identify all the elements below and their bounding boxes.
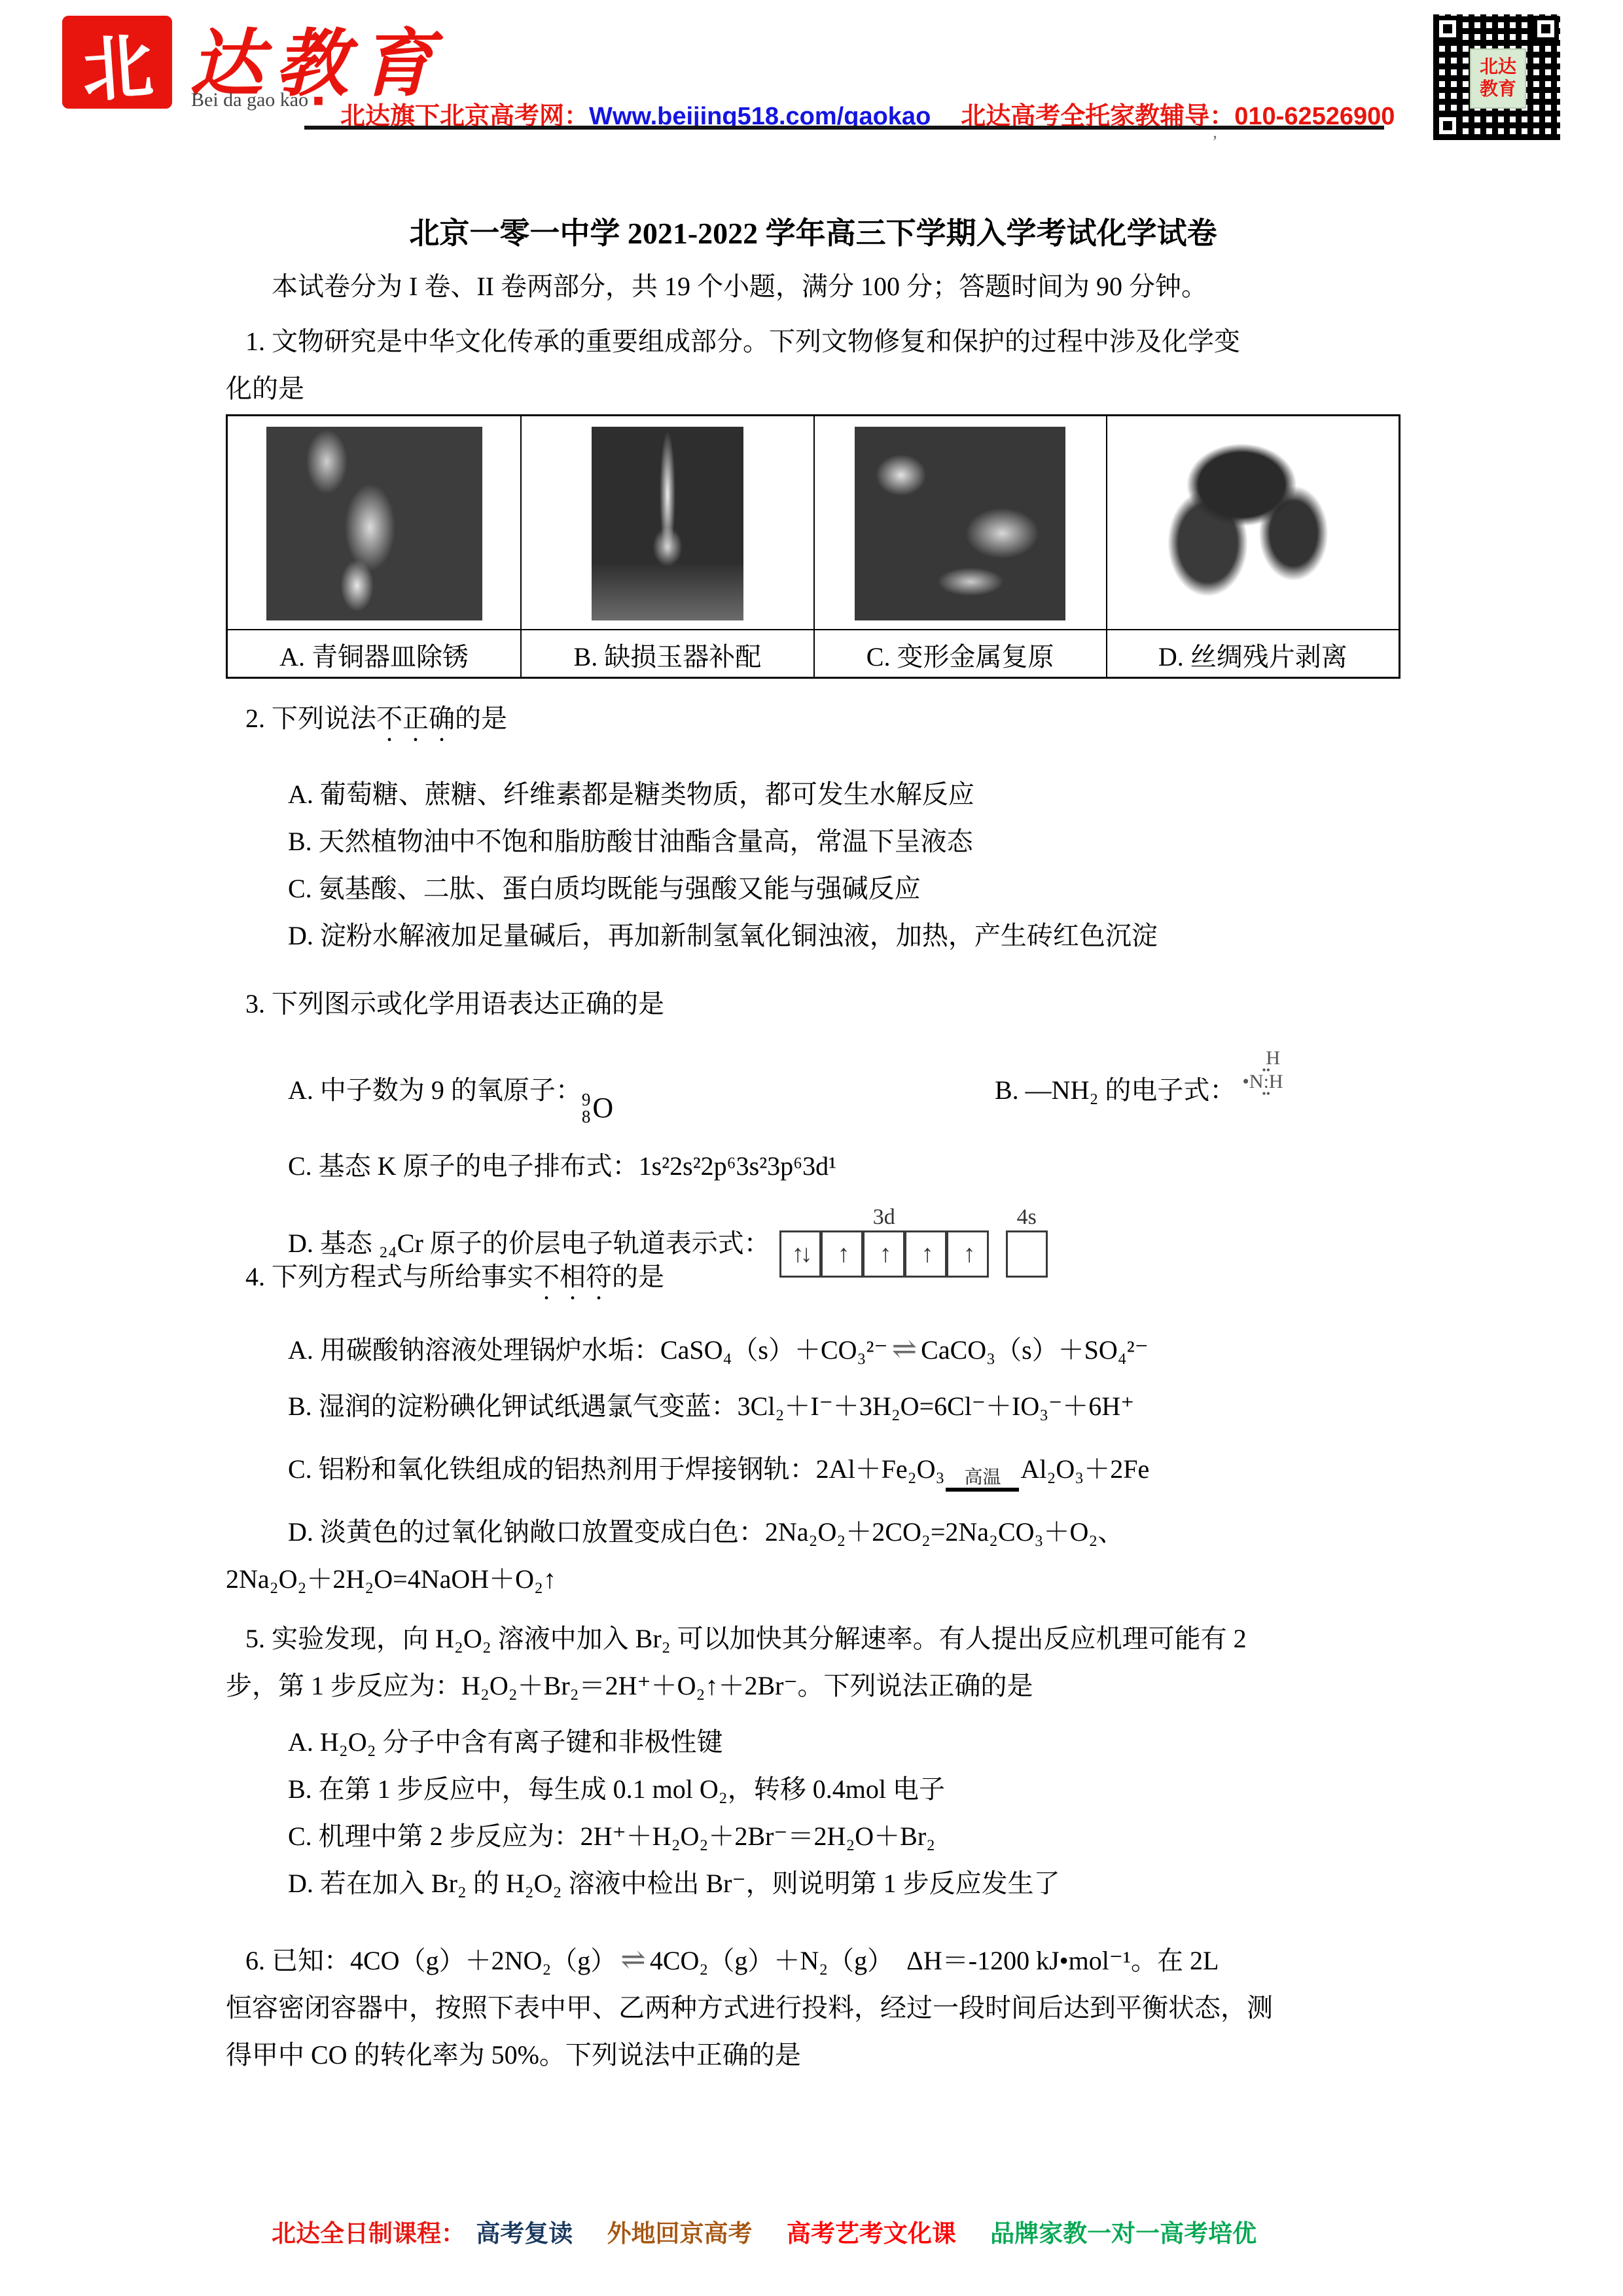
q4-option-b: B. 湿润的淀粉碘化钾试纸遇氯气变蓝：3Cl₂＋I⁻＋3H₂O=6Cl⁻＋IO₃… [288, 1383, 1400, 1430]
footer-item-huijing: 外地回京高考 [607, 2220, 753, 2247]
q3-row-ab: A. 中子数为 9 的氧原子：98O B. —NH₂ 的电子式：H•••N:H•… [226, 1051, 1400, 1130]
q2-heading: 2. 下列说法不正确的是 [245, 695, 1400, 747]
q2-option-a: A. 葡萄糖、蔗糖、纤维素都是糖类物质，都可发生水解反应 [288, 771, 1400, 818]
q3-option-b: B. —NH₂ 的电子式：H•••N:H•• [995, 1067, 1283, 1117]
q3-option-b-text: B. —NH₂ 的电子式： [995, 1075, 1236, 1105]
q5-line1: 5. 实验发现，向 H₂O₂ 溶液中加入 Br₂ 可以加快其分解速率。有人提出反… [245, 1615, 1400, 1662]
q2-option-d: D. 淀粉水解液加足量碱后，再加新制氢氧化铜浊液，加热，产生砖红色沉淀 [288, 912, 1400, 960]
lewis-top-h: H [1266, 1052, 1283, 1064]
logo-pinyin: Bei da gao kao ■ [191, 89, 323, 111]
q4-option-c: C. 铝粉和氧化铁组成的铝热剂用于焊接钢轨：2Al＋Fe₂O₃高温Al₂O₃＋2… [288, 1446, 1400, 1493]
qr-finder-topleft-icon [1435, 16, 1461, 42]
q5-line2: 步，第 1 步反应为：H₂O₂＋Br₂＝2H⁺＋O₂↑＋2Br⁻。下列说法正确的… [226, 1662, 1400, 1710]
q2-heading-emphasized: 不正确 [376, 704, 455, 733]
isotope-atomic-number: 8 [582, 1108, 591, 1125]
q4-option-d-line2: 2Na₂O₂＋2H₂O=4NaOH＋O₂↑ [226, 1556, 1400, 1603]
reaction-condition-label: 高温 [964, 1468, 1001, 1488]
q4-option-c-pre: C. 铝粉和氧化铁组成的铝热剂用于焊接钢轨：2Al＋Fe₂O₃ [288, 1454, 944, 1484]
q1-option-b-label: B. 缺损玉器补配 [520, 629, 813, 679]
q3-option-a-text: A. 中子数为 9 的氧原子： [288, 1075, 582, 1105]
q3-heading: 3. 下列图示或化学用语表达正确的是 [245, 980, 1400, 1028]
question-6: 6. 已知：4CO（g）＋2NO₂（g）⇌4CO₂（g）＋N₂（g） ΔH＝-1… [226, 1936, 1400, 2079]
q4-heading-emphasized: 不相符 [533, 1262, 612, 1291]
artifact-photo-d [1106, 416, 1399, 629]
logo-seal: 北 [62, 16, 172, 109]
q3-option-a: A. 中子数为 9 的氧原子：98O [288, 1067, 613, 1132]
jade-artifact-image [592, 427, 743, 620]
reaction-condition-line [946, 1488, 1019, 1492]
q4-option-a-post: CaCO₃（s）＋SO₄²⁻ [921, 1335, 1149, 1365]
question-2: 2. 下列说法不正确的是 A. 葡萄糖、蔗糖、纤维素都是糖类物质，都可发生水解反… [226, 695, 1400, 960]
qr-label-line1: 北达 [1480, 56, 1516, 79]
artifact-photo-b [520, 416, 813, 629]
q1-option-d-label: D. 丝绸残片剥离 [1106, 629, 1399, 679]
q5-option-a: A. H₂O₂ 分子中含有离子键和非极性键 [288, 1719, 1400, 1766]
q6-line1: 6. 已知：4CO（g）＋2NO₂（g）⇌4CO₂（g）＋N₂（g） ΔH＝-1… [245, 1936, 1400, 1984]
q5-option-c: C. 机理中第 2 步反应为：2H⁺＋H₂O₂＋2Br⁻＝2H₂O＋Br₂ [288, 1813, 1400, 1860]
silk-fragment-image [1140, 427, 1366, 620]
stray-mark: ’ [1212, 132, 1218, 152]
q4-option-d-line1: D. 淡黄色的过氧化钠敞口放置变成白色：2Na₂O₂＋2CO₂=2Na₂CO₃＋… [288, 1509, 1400, 1556]
header-divider [304, 126, 1384, 130]
orbital-4s-label: 4s [1017, 1204, 1037, 1230]
qr-label-line2: 教育 [1480, 79, 1516, 101]
qr-finder-topright-icon [1533, 16, 1559, 42]
question-3: 3. 下列图示或化学用语表达正确的是 A. 中子数为 9 的氧原子：98O B.… [226, 980, 1400, 1283]
q6-line1-pre: 6. 已知：4CO（g）＋2NO₂（g） [245, 1946, 616, 1975]
question-1: 1. 文物研究是中华文化传承的重要组成部分。下列文物修复和保护的过程中涉及化学变… [226, 318, 1400, 412]
q3-option-c: C. 基态 K 原子的电子排布式：1s²2s²2p⁶3s²3p⁶3d¹ [288, 1143, 1400, 1190]
q1-line2: 化的是 [226, 365, 1400, 412]
isotope-mass-number: 9 [582, 1091, 591, 1108]
qr-center-label: 北达 教育 [1470, 48, 1526, 109]
q5-option-d: D. 若在加入 Br₂ 的 H₂O₂ 溶液中检出 Br⁻，则说明第 1 步反应发… [288, 1860, 1400, 1907]
exam-intro: 本试卷分为 I 卷、II 卷两部分，共 19 个小题，满分 100 分；答题时间… [226, 263, 1400, 310]
footer-item-yikao: 高考艺考文化课 [787, 2220, 956, 2247]
question-5: 5. 实验发现，向 H₂O₂ 溶液中加入 Br₂ 可以加快其分解速率。有人提出反… [226, 1615, 1400, 1907]
logo-red-square: ■ [313, 91, 324, 110]
q1-option-a-label: A. 青铜器皿除锈 [228, 629, 520, 679]
artifact-photo-a [228, 416, 520, 629]
isotope-symbol: O [592, 1085, 613, 1132]
artifact-photo-c [813, 416, 1106, 629]
deformed-metal-image [855, 427, 1065, 620]
logo-seal-char: 北 [79, 9, 156, 115]
q4-option-a: A. 用碳酸钠溶液处理锅炉水垢：CaSO₄（s）＋CO₃²⁻⇌CaCO₃（s）＋… [288, 1325, 1400, 1374]
exam-page: 北 达教育 Bei da gao kao ■ 北达旗下北京高考网：Www.bei… [0, 0, 1623, 2296]
q1-option-c-label: C. 变形金属复原 [813, 629, 1106, 679]
q4-option-c-post: Al₂O₃＋2Fe [1020, 1454, 1149, 1484]
q2-option-c: C. 氨基酸、二肽、蛋白质均既能与强酸又能与强碱反应 [288, 865, 1400, 912]
qr-code: 北达 教育 [1433, 14, 1560, 140]
q2-heading-pre: 2. 下列说法 [245, 704, 376, 733]
question-4: 4. 下列方程式与所给事实不相符的是 A. 用碳酸钠溶液处理锅炉水垢：CaSO₄… [226, 1253, 1400, 1603]
lewis-middle-row: •N:H [1242, 1076, 1283, 1088]
footer-course-line: 北达全日制课程： 高考复读 外地回京高考 高考艺考文化课 品牌家教一对一高考培优 [272, 2214, 1284, 2249]
footer-item-fudu: 高考复读 [476, 2220, 573, 2247]
bronze-vessel-image [266, 427, 482, 620]
q4-heading: 4. 下列方程式与所给事实不相符的是 [245, 1253, 1400, 1306]
logo-pinyin-text: Bei da gao kao [191, 89, 308, 111]
q5-option-b: B. 在第 1 步反应中，每生成 0.1 mol O₂，转移 0.4mol 电子 [288, 1766, 1400, 1813]
qr-finder-bottomleft-icon [1435, 113, 1461, 139]
q2-heading-post: 的是 [455, 704, 507, 733]
q6-line3: 得甲中 CO 的转化率为 50%。下列说法中正确的是 [226, 2032, 1400, 2079]
oxygen-isotope-notation: 98O [582, 1085, 613, 1132]
page-title: 北京一零一中学 2021-2022 学年高三下学期入学考试化学试卷 [226, 209, 1400, 253]
q1-artifact-table: A. 青铜器皿除锈 B. 缺损玉器补配 C. 变形金属复原 D. 丝绸残片剥离 [226, 414, 1400, 679]
q1-line1: 1. 文物研究是中华文化传承的重要组成部分。下列文物修复和保护的过程中涉及化学变 [245, 318, 1400, 365]
q6-line2: 恒容密闭容器中，按照下表中甲、乙两种方式进行投料，经过一段时间后达到平衡状态，测 [226, 1984, 1400, 2032]
footer-item-jiajiao: 品牌家教一对一高考培优 [990, 2220, 1257, 2247]
footer-label: 北达全日制课程： [272, 2220, 465, 2247]
equilibrium-arrow: ⇌ [888, 1332, 921, 1365]
equilibrium-arrow: ⇌ [616, 1943, 650, 1976]
orbital-3d-label: 3d [873, 1204, 895, 1230]
intro-line: 本试卷分为 I 卷、II 卷两部分，共 19 个小题，满分 100 分；答题时间… [272, 263, 1400, 310]
reaction-condition: 高温 [946, 1468, 1019, 1492]
q4-option-a-pre: A. 用碳酸钠溶液处理锅炉水垢：CaSO₄（s）＋CO₃²⁻ [288, 1335, 888, 1365]
nh2-electron-dot-structure: H•••N:H•• [1242, 1052, 1283, 1100]
q6-line1-post: 4CO₂（g）＋N₂（g） ΔH＝-1200 kJ•mol⁻¹。在 2L [650, 1946, 1219, 1975]
q4-heading-post: 的是 [612, 1262, 664, 1291]
q4-heading-pre: 4. 下列方程式与所给事实 [245, 1262, 533, 1291]
q2-option-b: B. 天然植物油中不饱和脂肪酸甘油酯含量高，常温下呈液态 [288, 818, 1400, 865]
